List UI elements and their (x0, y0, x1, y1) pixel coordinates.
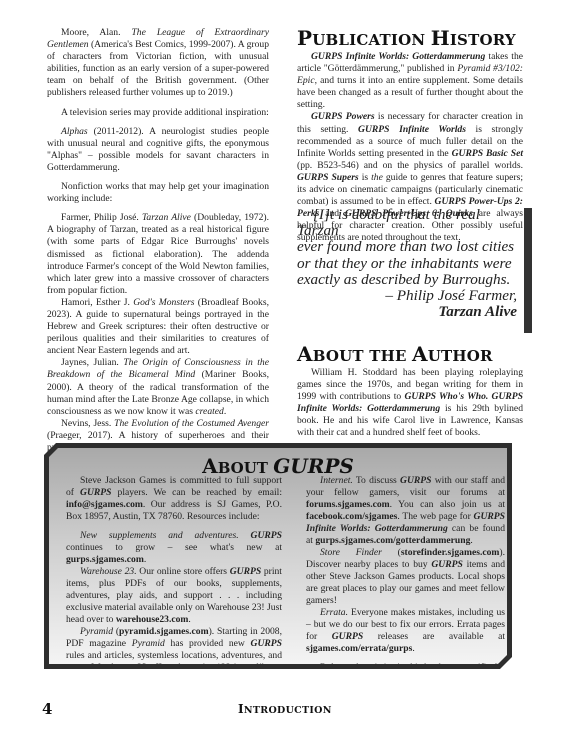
gurps-name: GURPS (251, 530, 282, 541)
gurps-name: GURPS (80, 487, 111, 498)
about-gurps-intro: Steve Jackson Games is committed to full… (66, 475, 282, 523)
quote-line: exactly as described by Burroughs. (297, 272, 517, 288)
text (239, 530, 251, 541)
ref-title: The Evolution of the Costumed Avenger (114, 418, 269, 429)
emphasis: the (371, 172, 383, 183)
text: (pp. B523-546) and on the physics of par… (297, 160, 523, 171)
left-column: Moore, Alan. The League of Extraordinary… (47, 27, 269, 515)
book-title: GURPS Supers (297, 172, 359, 183)
ref-moore: Moore, Alan. The League of Extraordinary… (47, 27, 269, 100)
text: releases are available at (363, 631, 505, 642)
gurps-name: GURPS (251, 638, 282, 649)
ref-author: Farmer, Philip José. (61, 212, 142, 223)
ref-text: (Doubleday, 1972). A biography of Tarzan… (47, 212, 269, 296)
quote-line: ever found more than two lost cities (297, 239, 517, 255)
publication-history-heading: PUBLICATION HISTORY (297, 28, 523, 50)
book-title: GURPS Powers (311, 111, 375, 122)
resource-internet: Internet. To discuss GURPS with our staf… (306, 475, 505, 547)
rules-note: Rules and statistics in this book are sp… (306, 662, 505, 710)
about-gurps-box-inner: ABOUT GURPS Steve Jackson Games is commi… (49, 448, 507, 664)
resource-label: Pyramid (80, 626, 113, 637)
page-number: 4 (42, 700, 52, 718)
text: . (470, 535, 472, 546)
quote-sidebar-bar (524, 208, 532, 333)
heading-cap: P (297, 26, 312, 50)
ref-title: Tarzan Alive (142, 212, 191, 223)
about-gurps-right-column: Internet. To discuss GURPS with our staf… (306, 475, 505, 710)
gurps-name: GURPS (431, 559, 462, 570)
ref-author: Nevins, Jess. (61, 418, 114, 429)
errata-link[interactable]: sjgames.com/errata/gurps (306, 643, 412, 654)
ref-title: Alphas (61, 126, 88, 137)
storefinder-link[interactable]: storefinder.sjgames.com (401, 547, 500, 558)
ref-author: Moore, Alan. (61, 27, 131, 38)
book-title: GURPS Basic Set (452, 148, 523, 159)
text: Rules and statistics in this book are sp… (306, 662, 505, 685)
edition: Fourth Edition (420, 674, 480, 685)
ref-jaynes: Jaynes, Julian. The Origin of Consciousn… (47, 357, 269, 417)
text: ( (382, 547, 401, 558)
text: players. We can be reached by email: (111, 487, 282, 498)
quote-attribution: – Philip José Farmer, (297, 288, 517, 304)
heading-cap: A (297, 342, 313, 366)
chapter-title: INTRODUCTION (238, 702, 332, 716)
text: , and turns it into an entire supplement… (297, 75, 523, 110)
book-title: GURPS Basic Set (338, 674, 413, 685)
text: rules and articles, systemless locations… (66, 650, 282, 709)
ref-author: Jaynes, Julian. (61, 357, 123, 368)
heading-smallcaps: UBLICATION (312, 31, 430, 49)
quote-source: Tarzan Alive (297, 304, 517, 320)
resource-warehouse23: Warehouse 23. Our online store offers GU… (66, 566, 282, 626)
resource-errata: Errata. Everyone makes mistakes, includi… (306, 607, 505, 655)
resource-pyramid: Pyramid (pyramid.sjgames.com). Starting … (66, 626, 282, 710)
book-title: GURPS Infinite Worlds (358, 124, 466, 135)
pyramid-link[interactable]: pyramid.sjgames.com (119, 626, 209, 637)
ref-farmer: Farmer, Philip José. Tarzan Alive (Doubl… (47, 212, 269, 297)
resource-label: Internet. (320, 475, 353, 486)
tv-intro: A television series may provide addition… (47, 107, 269, 119)
heading-smallcaps: ISTORY (450, 31, 516, 49)
forums-link[interactable]: forums.sjgames.com (306, 499, 390, 510)
text: . You can also join us at (390, 499, 505, 510)
resource-new-supplements: New supplements and adventures. GURPS co… (66, 530, 282, 566)
gurps-name: GURPS (400, 475, 431, 486)
resource-label: New supplements and adventures. (80, 530, 239, 541)
resource-label: Store Finder (320, 547, 382, 558)
book-title: GURPS Infinite Worlds: Gotterdammerung (311, 51, 485, 62)
text: Our online store offers (137, 566, 230, 577)
resource-store-finder: Store Finder (storefinder.sjgames.com). … (306, 547, 505, 607)
heading-cap: H (431, 26, 450, 50)
heading-smallcaps: UTHOR (428, 347, 493, 365)
email-link[interactable]: info@sjgames.com (66, 499, 143, 510)
pull-quote: [I]t is doubtful that the real Tarzan ev… (297, 207, 517, 320)
gurps-name: GURPS (230, 566, 261, 577)
book-page-link[interactable]: gurps.sjgames.com/gotterdammerung (315, 535, 470, 546)
text: To discuss (353, 475, 400, 486)
about-author-section: ABOUT THE AUTHOR William H. Stoddard has… (297, 344, 523, 440)
text: continues to grow – see what's new at (66, 542, 282, 553)
about-gurps-box: ABOUT GURPS Steve Jackson Games is commi… (44, 443, 512, 669)
text: has provided new (165, 638, 251, 649)
ref-title: God's Monsters (133, 297, 194, 308)
quote-line: or that they or the inhabitants were (297, 256, 517, 272)
text: . The web page for (397, 511, 473, 522)
text: , (413, 674, 420, 685)
text: . (144, 554, 146, 565)
ref-hamori: Hamori, Esther J. God's Monsters (Broadl… (47, 297, 269, 357)
text: . (412, 643, 414, 654)
nonfiction-intro: Nonfiction works that may help get your … (47, 181, 269, 205)
about-gurps-left-column: Steve Jackson Games is committed to full… (66, 475, 282, 710)
publication-history-p1: GURPS Infinite Worlds: Gotterdammerung t… (297, 51, 523, 111)
ref-emphasis: created (195, 406, 223, 417)
heading-cap: A (412, 342, 428, 366)
gurps-name: GURPS (332, 631, 363, 642)
magazine-name: Pyramid (132, 638, 165, 649)
ref-author: Hamori, Esther J. (61, 297, 133, 308)
resource-label: Warehouse 23. (80, 566, 137, 577)
text: . Page references that begin with B refe… (306, 674, 505, 709)
heading-smallcaps: NTRODUCTION (244, 705, 332, 716)
ref-alphas: Alphas (2011-2012). A neurologist studie… (47, 126, 269, 174)
about-author-heading: ABOUT THE AUTHOR (297, 344, 523, 366)
resource-label: Errata. (320, 607, 348, 618)
heading-smallcaps: BOUT THE (313, 347, 412, 365)
text: is (359, 172, 371, 183)
quote-line: [I]t is doubtful that the real Tarzan (297, 207, 517, 239)
facebook-link[interactable]: facebook.com/sjgames (306, 511, 397, 522)
warehouse23-link[interactable]: warehouse23.com (116, 614, 189, 625)
gurps-site-link[interactable]: gurps.sjgames.com (66, 554, 144, 565)
about-author-text: William H. Stoddard has been playing rol… (297, 367, 523, 440)
ref-text-end: . (224, 406, 226, 417)
text: . (188, 614, 190, 625)
